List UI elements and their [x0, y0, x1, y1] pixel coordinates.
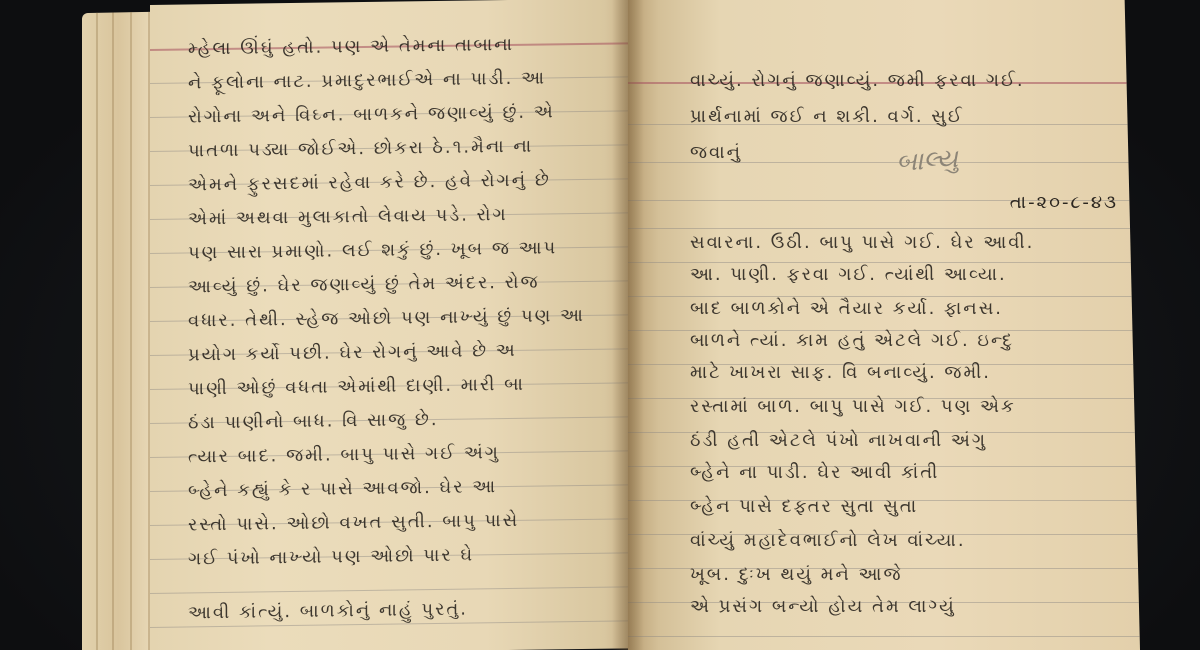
- handwritten-line: ઠંડા પાણીનો બાધ. વિ સાજુ છે.: [188, 409, 439, 433]
- handwritten-line: ખૂબ. દુઃખ થયું મને આજે: [690, 564, 902, 585]
- handwritten-line: રોગોના અને વિઘ્ન. બાળકને જણાવ્યું છું. એ: [188, 101, 555, 127]
- ruled-line: [150, 586, 628, 594]
- handwritten-line: સવારના. ઉઠી. બાપુ પાસે ગઈ. ઘેર આવી.: [690, 232, 1034, 253]
- diary-right-page: વાચ્યું. રોગનું જણાવ્યું. જમી ફરવા ગઈ. પ…: [628, 0, 1140, 650]
- page-edge: [112, 12, 114, 650]
- handwritten-line: ગઈ પંખો નાખ્યો પણ ઓછો પાર ઘે: [188, 544, 474, 569]
- handwritten-line: આવ્યું છું. ઘેર જણાવ્યું છું તેમ અંદર. ર…: [188, 272, 540, 298]
- ruled-line: [628, 228, 1140, 229]
- ruled-line: [628, 636, 1140, 637]
- handwritten-line: પ્રયોગ કર્યો પછી. ઘેર રોગનું આવે છે અ: [188, 340, 517, 366]
- handwritten-line: વાંચ્યું મહાદેવભાઈનો લેખ વાંચ્યા.: [690, 530, 966, 551]
- handwritten-line: રસ્તામાં બાળ. બાપુ પાસે ગઈ. પણ એક: [690, 396, 1016, 417]
- handwritten-line: બાળને ત્યાં. કામ હતું એટલે ગઈ. ઇન્દુ: [690, 330, 1014, 351]
- handwritten-line: ત્યાર બાદ. જમી. બાપુ પાસે ગઈ અંગુ: [188, 442, 500, 467]
- handwritten-line: બ્હેને કહ્યું કે ર પાસે આવજો. ઘેર આ: [188, 476, 497, 501]
- handwritten-line: એમાં અથવા મુલાકાતો લેવાય પડે. રોગ: [188, 204, 508, 229]
- ruled-line: [628, 262, 1140, 263]
- diary-left-page: મ્હેલા ઊંઘું હતો. પણ એ તેમના તાબાના ને ફ…: [150, 0, 628, 650]
- ruled-line: [628, 296, 1140, 297]
- handwritten-line: પણ સારા પ્રમાણો. લઈ શકું છું. ખૂબ જ આપ: [188, 237, 557, 263]
- handwritten-line: એ પ્રસંગ બન્યો હોય તેમ લાગ્યું: [690, 596, 956, 617]
- handwritten-line: ઠંડી હતી એટલે પંખો નાખવાની અંગુ: [690, 430, 987, 451]
- handwritten-line: આ. પાણી. ફરવા ગઈ. ત્યાંથી આવ્યા.: [690, 264, 1007, 285]
- page-edge: [96, 13, 98, 650]
- handwritten-line: મ્હેલા ઊંઘું હતો. પણ એ તેમના તાબાના: [188, 34, 514, 60]
- handwritten-line: પ્રાર્થનામાં જઈ ન શકી. વર્ગ. સુઈ: [690, 106, 964, 127]
- handwritten-line: વધાર. તેથી. સ્હેજ ઓછો પણ નાખ્યું છું પણ …: [188, 305, 585, 332]
- handwritten-line: એમને ફુરસદમાં રહેવા કરે છે. હવે રોગનું છ…: [188, 169, 551, 195]
- handwritten-line: આવી કાંત્યું. બાળકોનું નાહું પુરતું.: [188, 599, 468, 624]
- handwritten-line: માટે ખાખરા સાફ. વિ બનાવ્યું. જમી.: [690, 362, 991, 383]
- entry-date: તા-૨૦-૮-૪૩: [1010, 192, 1118, 213]
- handwritten-line: ને ફૂલોના નાટ. પ્રમાદુરભાઈએ ના પાડી. આ: [188, 67, 546, 93]
- handwritten-line: બ્હેને ના પાડી. ઘેર આવી કાંતી: [690, 462, 939, 483]
- handwritten-line: બ્હેન પાસે દફ્તર સુતા સુતા: [690, 496, 918, 517]
- handwritten-line: વાચ્યું. રોગનું જણાવ્યું. જમી ફરવા ગઈ.: [690, 70, 1025, 91]
- faded-signature: બાલ્યુ: [895, 144, 959, 179]
- page-edge: [130, 12, 132, 650]
- handwritten-line: પાણી ઓછું વધતા એમાંથી દાણી. મારી બા: [188, 374, 525, 400]
- handwritten-line: રસ્તો પાસે. ઓછો વખત સુતી. બાપુ પાસે: [188, 510, 519, 536]
- handwritten-line: જવાનું: [690, 142, 742, 163]
- handwritten-line: બાદ બાળકોને એ તૈયાર કર્યા. ફાનસ.: [690, 298, 1003, 319]
- handwritten-line: પાતળા પડ્યા જોઈએ. છોકરા ઠે.૧.મૈના ના: [188, 136, 533, 162]
